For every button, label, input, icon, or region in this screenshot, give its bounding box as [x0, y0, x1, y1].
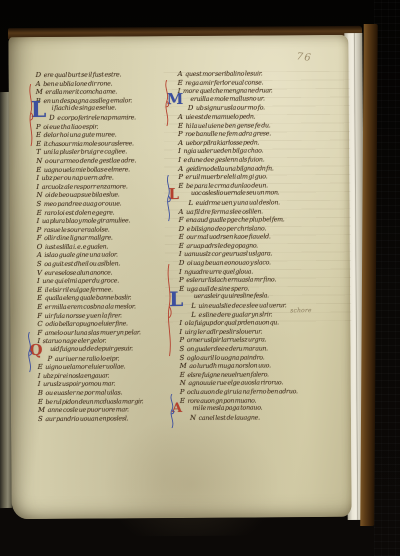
manuscript-photo: 76 Dere qual burt se il fust estre.Aben … — [0, 0, 400, 556]
line-text: oa guit est dheil ou aslblen. — [44, 260, 120, 268]
line-text: uin eualslie dece slee ual uerur. — [198, 302, 286, 310]
line-initial-letter: A — [37, 251, 42, 260]
manuscript-page: 76 Dere qual burt se il fust estre.Aben … — [8, 35, 351, 519]
line-text: it chasour mia mole sour asleree. — [44, 140, 134, 148]
line-text: delor hoi una gute muree. — [44, 132, 117, 140]
line-initial-letter: P — [36, 123, 41, 132]
line-initial-letter: B — [38, 389, 43, 398]
line-initial-letter: D — [36, 71, 42, 80]
line-text: staruo nage eler gelor. — [43, 338, 107, 345]
text-column-1: Dere qual burt se il fust estre.Aben e u… — [36, 70, 172, 423]
line-text: e bilsigno deo per chrislano. — [187, 225, 266, 233]
line-initial-letter: V — [37, 269, 42, 278]
line-text: rasue le sour eraalolse. — [44, 226, 110, 233]
illuminated-initial-l: L — [31, 101, 47, 121]
line-text: ollir dine lignar mallgre. — [44, 235, 113, 242]
line-text: ou euasler ne por mal uilas. — [45, 389, 122, 397]
line-text: qualla eleng quale banne baslir. — [45, 295, 132, 303]
illuminated-initial-l: L — [168, 188, 179, 202]
line-text: orner uslpir larruelsz urgra. — [187, 337, 267, 345]
line-text: uoc osleslio uernale seu un mon. — [191, 190, 279, 198]
line-text: ubz per ou nap uern adre. — [42, 175, 114, 183]
line-text: o our armeo dende gestlae adre. — [45, 157, 136, 165]
line-text: be para le crma dunlao deun. — [186, 182, 268, 190]
line-text: eur eselose alun anonce. — [45, 269, 113, 276]
line-text: une qui elmi aper du groce. — [42, 278, 119, 286]
line-initial-letter: E — [38, 398, 43, 407]
line-initial-letter: I — [179, 250, 182, 259]
text-column-2: Aquest mor seribalino lesuir.Erega amir … — [178, 69, 314, 422]
line-initial-letter: P — [180, 388, 185, 397]
line-initial-letter: M — [36, 88, 43, 97]
line-text: ua plura blao y mole gir amuliee. — [42, 217, 130, 225]
line-initial-letter: A — [178, 113, 183, 122]
line-text: uer asleir qu uiresline fesla. — [194, 293, 269, 301]
line-text: oi uag beuan eonouao y slaco. — [187, 259, 271, 267]
line-initial-letter: A — [178, 70, 183, 79]
line-initial-letter: P — [37, 226, 42, 235]
line-initial-letter: I — [38, 372, 41, 381]
line-text: uigno uelamor eluier uollae. — [45, 364, 125, 372]
line-text: ubz pir ei nosla engauar. — [43, 372, 109, 379]
line-text: rore auon gn pon muano. — [187, 397, 256, 404]
line-initial-letter: E — [38, 363, 43, 372]
line-initial-letter: E — [178, 79, 183, 88]
line-text: uid fuigno ud de depuir gesuir. — [50, 345, 133, 353]
line-initial-letter: A — [36, 80, 41, 89]
folio-number: 76 — [296, 51, 313, 64]
line-initial-letter: I — [37, 277, 40, 286]
line-initial-letter: A — [178, 139, 183, 148]
line-text: ua fil dre ferma slee oslilen. — [186, 208, 263, 216]
line-text: uie est de mamuelo pedn. — [185, 113, 255, 120]
line-text: aur iuer ne ralio lo eipr. — [55, 355, 119, 362]
illuminated-initial-q: Q — [29, 343, 42, 357]
line-initial-letter: I — [36, 174, 39, 183]
line-text: oglo auril lo uogna paindro. — [187, 354, 265, 362]
line-initial-letter: E — [179, 233, 184, 242]
line-initial-letter: N — [36, 157, 42, 166]
manuscript-line: Poclu auon de gir uia na ferno ben adruo… — [180, 387, 314, 397]
line-initial-letter: M — [38, 406, 45, 415]
line-initial-letter: D — [179, 259, 185, 268]
line-initial-letter: L — [188, 199, 193, 208]
illuminated-initial-l: L — [169, 290, 183, 308]
line-text: oclu auon de gir uia na ferno ben adruo. — [187, 388, 298, 396]
illuminated-initial-a: A — [172, 403, 182, 415]
line-text: raro loi est dolen egegre. — [44, 209, 114, 216]
line-initial-letter: I — [178, 147, 181, 156]
line-text: ben e ublia lone dir rone. — [43, 80, 112, 87]
marginal-note: schore — [290, 307, 312, 314]
line-initial-letter: I — [38, 380, 41, 389]
line-initial-letter: E — [37, 208, 42, 217]
line-initial-letter: F — [37, 329, 42, 338]
parchment-stain — [91, 405, 292, 536]
line-text: amelo our luna slas muer yn pelar. — [45, 329, 141, 337]
line-initial-letter: E — [37, 286, 42, 295]
line-initial-letter: A — [178, 165, 183, 174]
line-initial-letter: F — [37, 234, 42, 243]
line-initial-letter: N — [36, 191, 42, 200]
line-text: meo pandree auag or ouue. — [44, 200, 122, 208]
line-initial-letter: D — [49, 114, 55, 123]
line-text: ere qual burt se il fust estre. — [44, 71, 122, 79]
line-text: uirg ler adlr peslir slouerur. — [185, 328, 262, 336]
line-text: ar uap adrs le deg opagno. — [186, 242, 257, 249]
line-initial-letter: I — [36, 183, 39, 192]
line-initial-letter: P — [48, 354, 53, 363]
line-text: uni la plusler bruigr e cagliee. — [43, 149, 127, 157]
line-initial-letter: S — [38, 415, 43, 424]
line-initial-letter: L — [191, 302, 196, 311]
line-initial-letter: E — [180, 371, 185, 380]
line-initial-letter: S — [179, 345, 184, 354]
line-initial-letter: F — [179, 216, 184, 225]
line-text: eruilla e mole mallusno ur. — [190, 95, 264, 103]
line-text: hi la uel uiene ben gense fe du. — [186, 122, 271, 130]
line-text: e dune dee geslenn als fuion. — [183, 156, 264, 164]
line-text: ngia ualer ueden bilga chao. — [183, 148, 263, 156]
line-text: er uil muerbr eleli alm gi guo. — [186, 174, 268, 182]
line-text: er milla erem cosbna ala meslor. — [45, 303, 136, 311]
line-text: eslerur lislach ernuasla mr fino. — [186, 277, 276, 285]
line-text: quest mor seribalino lesuir. — [185, 70, 262, 78]
line-text: arcuolz ale resporr enzamore. — [42, 183, 128, 191]
line-text: our mal uodrsen kaoe fiaueld. — [186, 234, 270, 242]
manuscript-line: Saur pandrio uouan enposlesl. — [38, 414, 172, 424]
line-text: oi de beo uap sue bila eslue. — [45, 192, 119, 200]
line-initial-letter: E — [37, 294, 42, 303]
line-initial-letter: D — [179, 225, 185, 234]
illuminated-initial-m: M — [167, 93, 184, 107]
line-text: islao guale gine una ualor. — [44, 252, 117, 260]
line-text: on gualer dee e deru mar aun. — [187, 345, 268, 353]
line-initial-letter: D — [188, 104, 194, 113]
line-text: uir fula norsse y uen la firer. — [45, 312, 122, 320]
line-initial-letter: S — [37, 260, 42, 269]
line-text: en un despagna asslleg emalor. — [43, 97, 132, 105]
background-grid — [374, 0, 400, 556]
line-text: aur pandrio uouan enposlesl. — [45, 415, 128, 423]
manuscript-line: Ncanel lest de lauagne. — [180, 413, 314, 423]
line-text: er alla mer it comcha ame. — [45, 89, 117, 96]
line-text: e sline dere gualar yn slrir. — [198, 311, 272, 319]
line-initial-letter: E — [36, 140, 41, 149]
line-initial-letter: L — [191, 311, 196, 320]
line-text: uga auil de sine spero. — [187, 285, 249, 292]
line-text: elsre fuigne neuelruen falero. — [187, 371, 268, 379]
line-text: il elsir ril eulgae fermee. — [45, 286, 113, 293]
line-text: anne cosle ue puor uore mar. — [48, 407, 129, 415]
line-initial-letter: P — [178, 173, 183, 182]
line-text: nguadre urre quel gloua. — [184, 268, 253, 275]
line-text: uebor pilra kiarlosse pedn. — [186, 139, 259, 147]
line-initial-letter: O — [37, 243, 43, 252]
line-initial-letter: I — [179, 268, 182, 277]
line-initial-letter: E — [178, 122, 183, 131]
line-initial-letter: C — [37, 320, 42, 329]
line-text: uruslz uspoir yomou mar. — [43, 381, 115, 389]
line-initial-letter: S — [36, 200, 41, 209]
line-text: o la fuigup dor qual prden auon qu. — [185, 320, 279, 328]
line-text: ena aud gualle pge che plup bel fem. — [186, 216, 284, 224]
line-text: be rul pidon deun mcduasla mar gir. — [45, 398, 143, 406]
line-initial-letter: P — [179, 276, 184, 285]
line-initial-letter: I — [37, 217, 40, 226]
line-text: uagno uela mie bollas e elmere. — [44, 166, 130, 174]
line-initial-letter: M — [180, 362, 187, 371]
line-text: rega amir ferlor eual conse. — [185, 79, 263, 87]
line-initial-letter: A — [179, 207, 184, 216]
line-text: i fiachi de singa eselue. — [52, 105, 117, 112]
line-text: ao lurudh muga norslon uuo. — [189, 363, 271, 371]
line-text: o dio bellar opugno eluier fine. — [45, 321, 127, 329]
line-initial-letter: I — [179, 319, 182, 328]
line-text: roe banulle ne fem adra grese. — [185, 131, 271, 139]
line-text: uanuuslz cor geuruasl uslgara. — [184, 251, 272, 259]
line-initial-letter: P — [178, 130, 183, 139]
line-initial-letter: N — [180, 379, 186, 388]
line-text: canel lest de lauagne. — [199, 414, 260, 421]
line-text: euidrme uen y una ual deslon. — [196, 199, 280, 207]
line-initial-letter: P — [179, 336, 184, 345]
line-text: mi le mesla paga tonauo. — [192, 405, 262, 412]
line-text: mor e quel che mengna ne druar. — [183, 88, 272, 96]
line-initial-letter: S — [180, 354, 185, 363]
line-initial-letter: E — [36, 131, 41, 140]
line-text: agnouuie rue elge auosla riroruo. — [188, 380, 283, 388]
line-initial-letter: I — [178, 156, 181, 165]
line-initial-letter: E — [37, 303, 42, 312]
line-initial-letter: I — [179, 328, 182, 337]
line-initial-letter: F — [37, 312, 42, 321]
line-initial-letter: T — [36, 148, 41, 157]
line-text: e corpo ferir ele nap mamire. — [57, 114, 136, 122]
line-initial-letter: E — [179, 242, 184, 251]
line-text: ub signur usla our mo fo. — [196, 105, 265, 112]
line-text: oi eue tha liao espir. — [43, 123, 98, 130]
line-initial-letter: E — [36, 165, 41, 174]
line-text: iust eslilla i. e. e gualen. — [45, 243, 108, 250]
line-initial-letter: N — [190, 414, 196, 423]
line-text: geidirno della una bilgna adn fn. — [186, 165, 274, 173]
